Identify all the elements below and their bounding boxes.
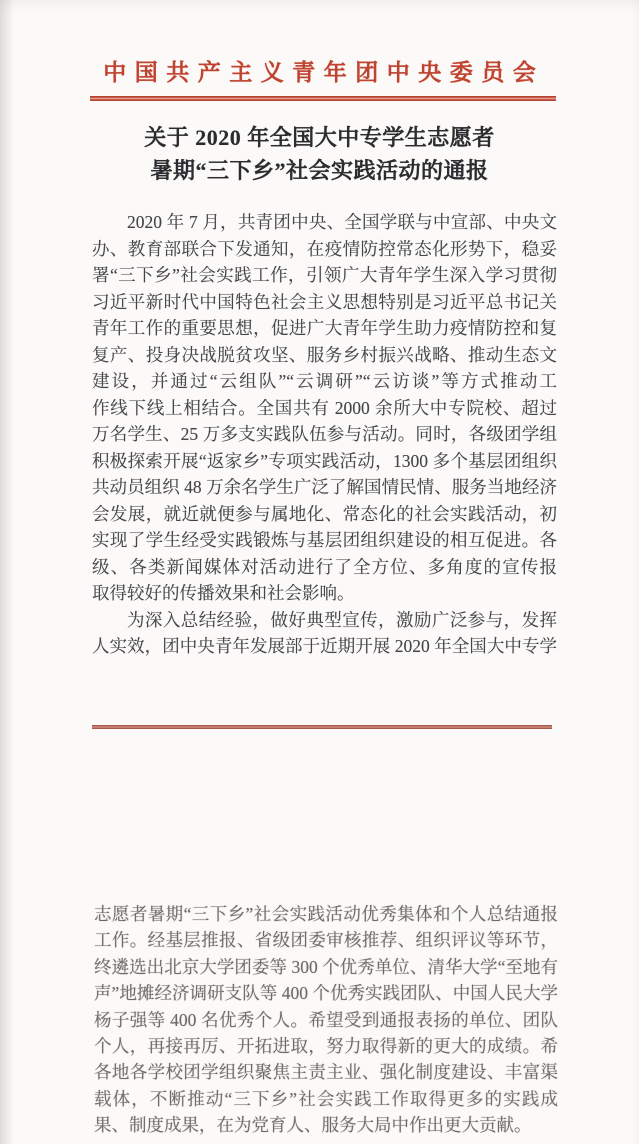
body-text-line: 2020 年 7 月，共青团中央、全国学联与中宣部、中央文明 [92,209,557,236]
scanned-document-page: 中国共产主义青年团中央委员会 关于 2020 年全国大中专学生志愿者 暑期“三下… [0,0,639,1144]
document-title: 关于 2020 年全国大中专学生志愿者 暑期“三下乡”社会实践活动的通报 [0,121,639,187]
body-text-line: 取得较好的传播效果和社会影响。 [92,580,557,607]
letterhead-red-rule [90,96,556,101]
body-text-line: 实现了学生经受实践锻炼与基层团组织建设的相互促进。各 [92,527,557,554]
body-text-line: 共动员组织 48 万余名学生广泛了解国情民情、服务当地经济社 [92,474,557,501]
body-text-line: 终遴选出北京大学团委等 300 个优秀单位、清华大学“至地有 [94,954,558,980]
body-text-line: 复产、投身决战脱贫攻坚、服务乡村振兴战略、推动生态文明 [92,342,557,369]
body-text-line: 习近平新时代中国特色社会主义思想特别是习近平总书记关于 [92,289,557,316]
body-text-line: 署“三下乡”社会实践工作，引领广大青年学生深入学习贯彻 [92,262,557,289]
body-text-line: 声”地摊经济调研支队等 400 个优秀实践团队、中国人民大学 [94,980,558,1006]
body-text-line: 建设，并通过“云组队”“云调研”“云访谈”等方式推动工 [92,368,557,395]
body-text-line: 积极探索开展“返家乡”专项实践活动，1300 多个基层团组织 [92,448,557,475]
body-text-line: 青年工作的重要思想，促进广大青年学生助力疫情防控和复工 [92,315,557,342]
body-text-line: 个人，再接再厉、开拓进取，努力取得新的更大的成绩。希望 [94,1033,558,1059]
body-text-line: 级、各类新闻媒体对活动进行了全方位、多角度的宣传报道， [92,554,557,581]
body-text-line: 为深入总结经验，做好典型宣传，激励广泛参与，发挥育 [92,607,557,634]
body-text-line: 办、教育部联合下发通知，在疫情防控常态化形势下，稳妥部 [92,236,557,263]
body-text-line: 万名学生、25 万多支实践队伍参与活动。同时，各级团学组织 [92,421,557,448]
page-break-red-rule [92,725,552,729]
body-text-line: 志愿者暑期“三下乡”社会实践活动优秀集体和个人总结通报 [94,901,558,927]
body-text-line: 工作。经基层推报、省级团委审核推荐、组织评议等环节，最 [94,927,558,953]
body-text-line: 人实效，团中央青年发展部于近期开展 2020 年全国大中专学生 [92,633,557,660]
document-title-line2: 暑期“三下乡”社会实践活动的通报 [0,154,639,187]
page1-body-text: 2020 年 7 月，共青团中央、全国学联与中宣部、中央文明 办、教育部联合下发… [92,209,557,660]
page2-body-text: 志愿者暑期“三下乡”社会实践活动优秀集体和个人总结通报 工作。经基层推报、省级团… [94,901,558,1139]
body-text-line: 果、制度成果，在为党育人、服务大局中作出更大贡献。 [94,1112,558,1138]
body-text-line: 作线下线上相结合。全国共有 2000 余所大中专院校、超过 500 [92,395,557,422]
body-text-line: 载体，不断推动“三下乡”社会实践工作取得更多的实践成 [94,1086,558,1112]
letterhead-org-name: 中国共产主义青年团中央委员会 [0,54,639,87]
body-text-line: 各地各学校团学组织聚焦主责主业、强化制度建设、丰富渠道 [94,1059,558,1085]
document-title-line1: 关于 2020 年全国大中专学生志愿者 [0,121,639,154]
body-text-line: 杨子强等 400 名优秀个人。希望受到通报表扬的单位、团队和 [94,1007,558,1033]
body-text-line: 会发展，就近就便参与属地化、常态化的社会实践活动，初步 [92,501,557,528]
